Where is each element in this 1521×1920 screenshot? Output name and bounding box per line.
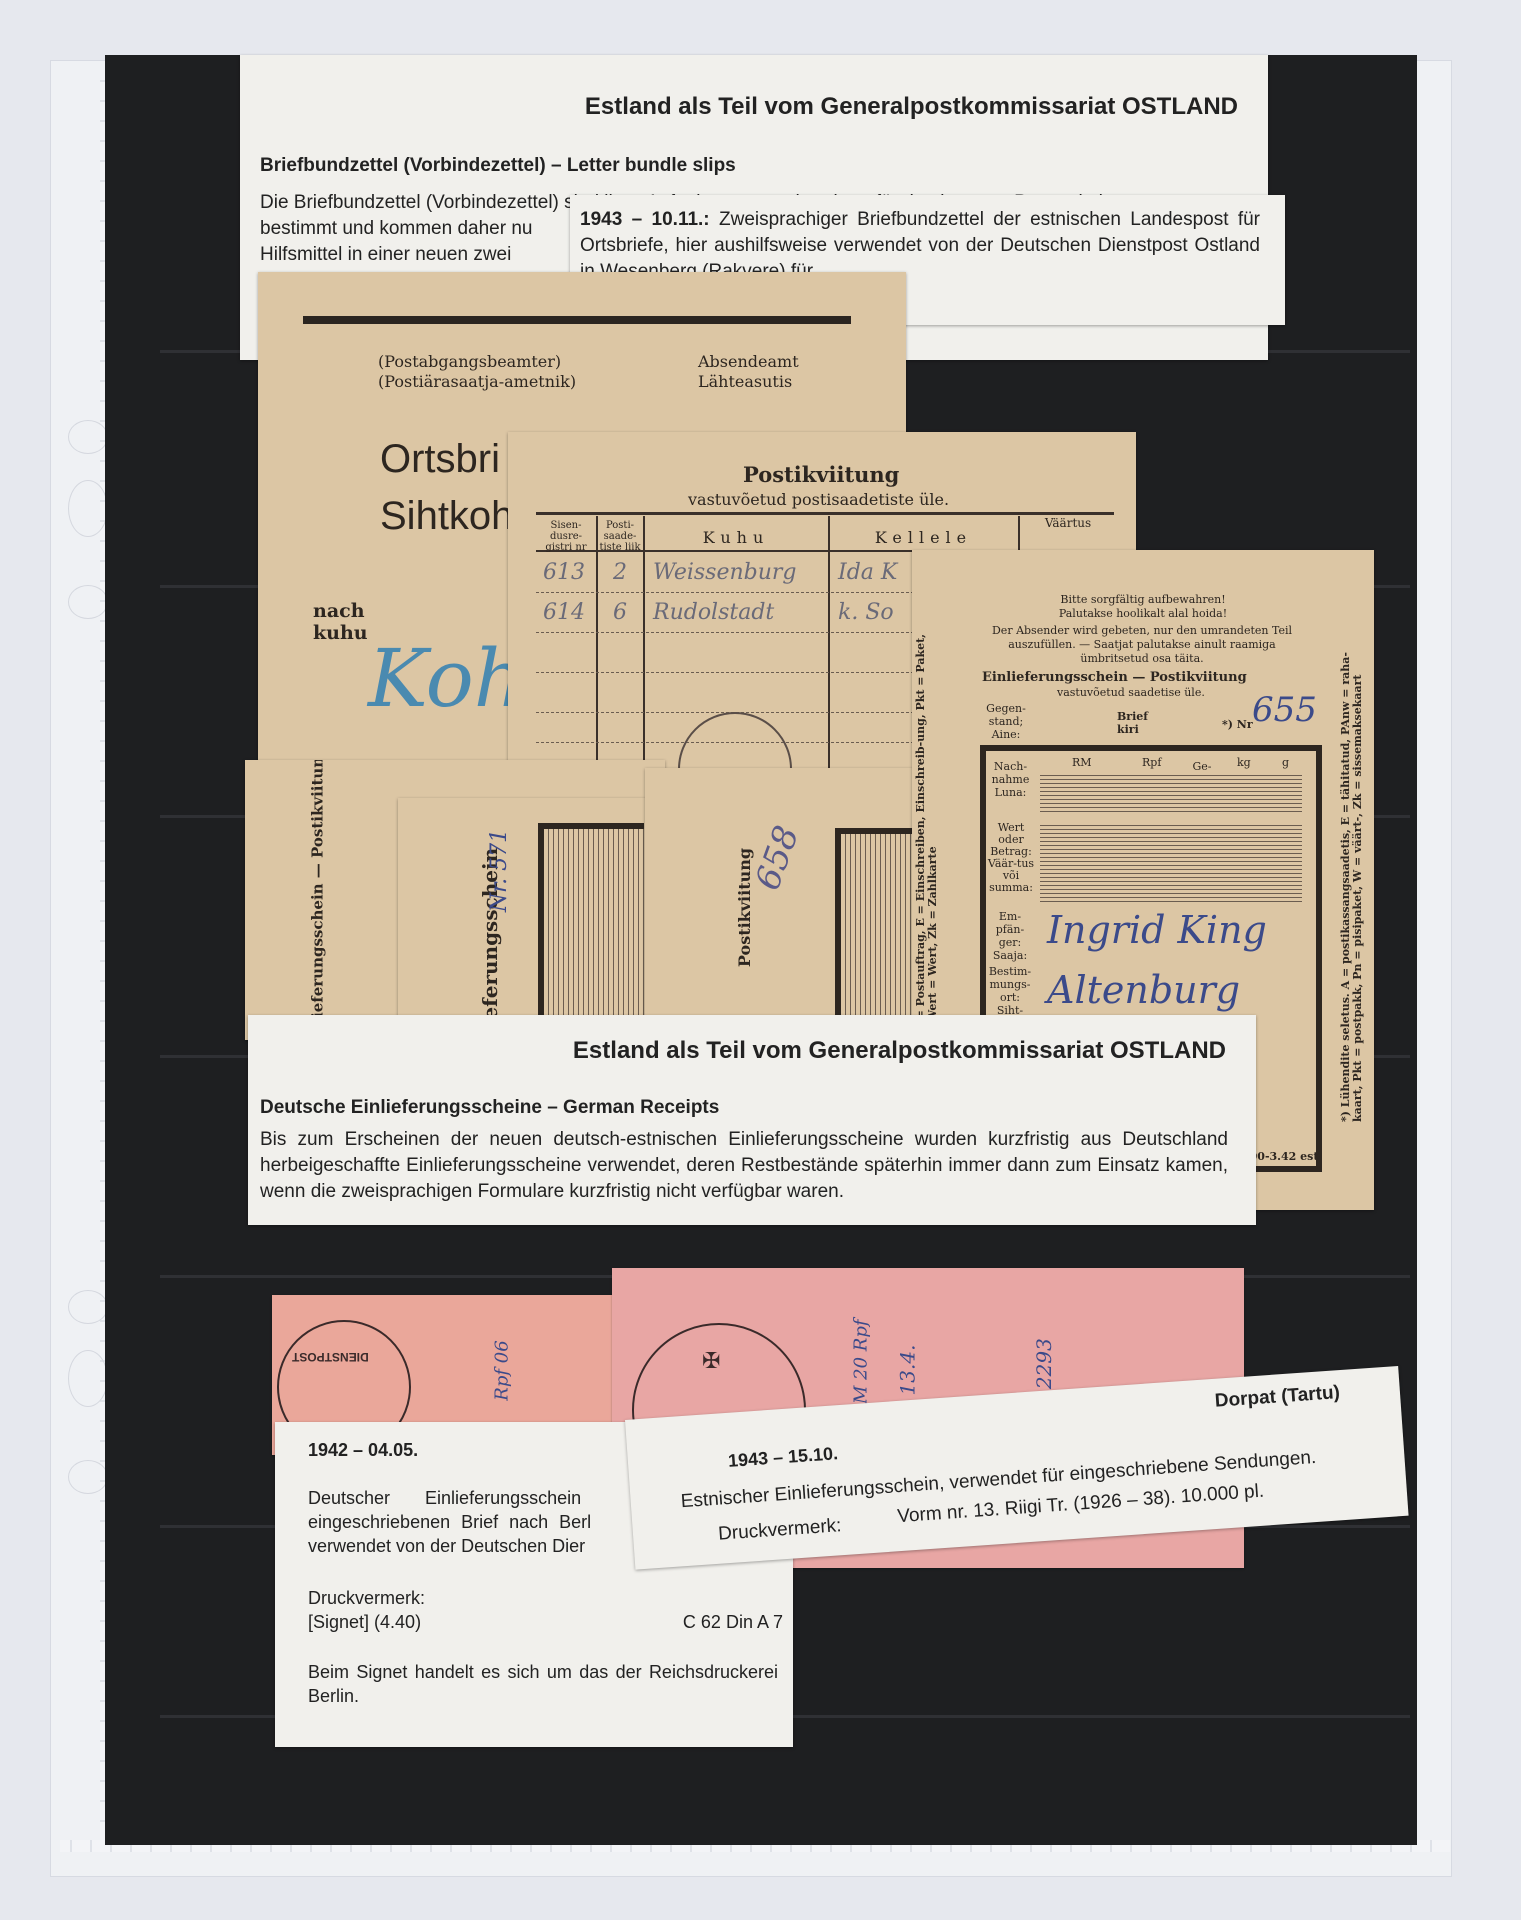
office-et: Lähteasutis [698,372,792,391]
slip2-number: Nr. 571 [487,829,512,912]
middle-info-panel: Estland als Teil vom Generalpostkommissa… [248,1015,1256,1225]
postikviitung-subtitle: vastuvõetud postisaadetiste üle. [688,490,949,509]
row1-kind: 2 [613,560,627,585]
rm-label: RM [1072,756,1092,769]
empfaenger-value: Ingrid King [1047,908,1267,952]
row1-nr: 613 [543,560,585,585]
notice-et: Palutakse hoolikalt alal hoida! [912,607,1374,620]
g-label: g [1282,756,1289,769]
wert-label: Wert oder Betrag: Väär-tus või summa: [986,822,1036,894]
middle-panel-body: Bis zum Erscheinen der neuen deutsch-est… [260,1127,1228,1205]
row2-kellele: k. So [838,600,894,625]
postikviitung-title: Postikviitung [743,462,899,487]
col-vaartus: Väärtus [1023,516,1113,530]
rpf-label: Rpf [1142,756,1161,769]
row1-kellele: Ida K [838,560,897,585]
middle-panel-subtitle: Deutsche Einlieferungsscheine – German R… [260,1097,719,1119]
row2-nr: 614 [543,600,585,625]
format-value: C 62 Din A 7 [683,1612,783,1633]
col-kuhu: Kuhu [646,528,826,547]
gegenstand-label: Gegen-stand; Aine: [982,702,1030,741]
druckvermerk-label: Druckvermerk: [308,1588,425,1609]
form-title-et: Sihtkoh [380,494,513,539]
slip-date: 1943 – 10.11.: [580,209,710,230]
right-date: 13.4. [895,1345,919,1396]
middle-panel-title: Estland als Teil vom Generalpostkommissa… [573,1037,1226,1065]
nr-value: 655 [1252,690,1317,730]
nr-label: *) Nr [1222,718,1253,731]
empfaenger-label: Em-pfän-ger: Saaja: [990,910,1030,962]
slip3-number: 658 [748,821,808,896]
sender-official-et: (Postiärasaatja-ametnik) [378,372,576,391]
bestimmungsort-label: Bestim-mungs-ort: Siht- [988,965,1032,1017]
slip3-title: Postikviitung [735,848,754,967]
top-panel-subtitle: Briefbundzettel (Vorbindezettel) – Lette… [260,155,736,177]
office-de: Absendeamt [698,352,799,371]
druckvermerk-value: [Signet] (4.40) [308,1612,421,1633]
col-nr: Sisen-dusre-gistri nr [538,520,594,553]
top-panel-title: Estland als Teil vom Generalpostkommissa… [585,93,1238,121]
einlieferungsschein-title: Einlieferungsschein — Postikviitung [982,670,1247,685]
postmark-circle [678,712,792,772]
col-kellele: Kellele [831,528,1016,547]
label-1942-line2: eingeschriebenen Brief nach Berl [308,1512,591,1533]
label-1942-date: 1942 – 04.05. [308,1440,418,1461]
instruction: Der Absender wird gebeten, nur den umran… [982,624,1302,666]
to-et: kuhu [313,622,368,644]
label-1943-date: 1943 – 15.10. [727,1443,838,1472]
side-note-right: *) Lühendite seletus. A = postikassangsa… [1340,622,1364,1122]
top-panel-intro-3: Hilfsmittel in einer neuen zwei [260,242,511,268]
col-kind: Posti-saade-tiste liik [598,520,642,553]
form-title-de: Ortsbri [380,437,500,482]
bestimmungsort-value: Altenburg [1047,968,1240,1012]
row2-kind: 6 [613,600,627,625]
brief-label: Brief kiri [1117,710,1147,736]
postmark-left-text: DIENSTPOST [292,1350,369,1364]
handwritten-destination: Koh [368,632,525,725]
sender-official-de: (Postabgangsbeamter) [378,352,561,371]
top-panel-intro-2: bestimmt und kommen daher nu [260,216,532,242]
notice-de: Bitte sorgfältig aufbewahren! [912,593,1374,606]
slip1-title: Einlieferungsschein — Postikviitung [309,760,327,1040]
signet-note: Beim Signet handelt es sich um das der R… [308,1660,778,1708]
label-place: Dorpat (Tartu) [1214,1382,1340,1413]
iron-cross-icon: ✠ [702,1348,720,1374]
label-1942-line1: Deutscher Einlieferungsschein [308,1488,581,1509]
row2-kuhu: Rudolstadt [653,600,774,625]
kg-label: kg [1237,756,1251,769]
to-de: nach [313,600,365,622]
einlieferungsschein-subtitle: vastuvõetud saadetise üle. [1057,686,1205,699]
nachnahme-label: Nach-nahme Luna: [988,760,1033,799]
label-1943-druckvermerk-label: Druckvermerk: [717,1515,842,1546]
row1-kuhu: Weissenburg [653,560,797,585]
small-slip-3: Postikviitung 658 [645,768,915,1038]
label-1942-line3: verwendet von der Deutschen Dier [308,1536,585,1557]
left-rpf: Rpf 06 [492,1340,513,1400]
small-slip-2: Einlieferungsschein Nr. 571 [398,798,648,1048]
